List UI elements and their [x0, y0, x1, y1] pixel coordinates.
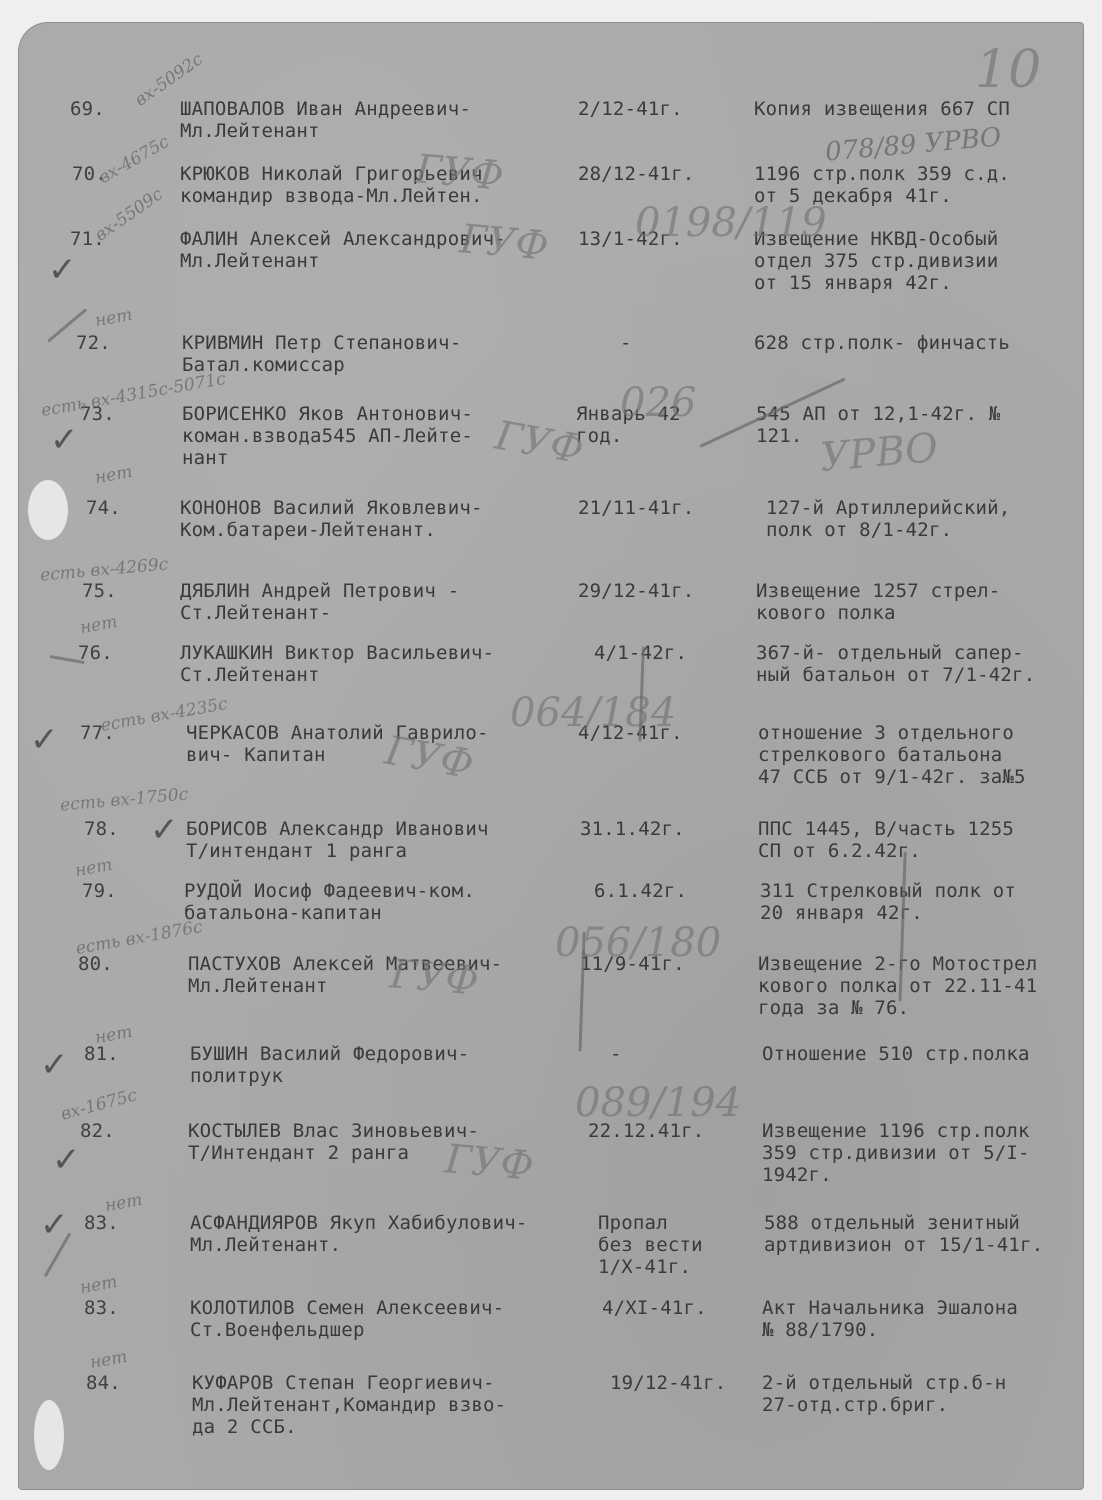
entry-date-line: 4/XI-41г. — [602, 1297, 707, 1319]
entry-name-line: ШАПОВАЛОВ Иван Андреевич- — [180, 98, 471, 120]
handwritten-check-icon: ✓ — [30, 720, 59, 760]
entry-source-line: кового полка — [756, 602, 1000, 624]
entry-source-line: № 88/1790. — [762, 1319, 1018, 1341]
entry-date-line: Пропал — [598, 1212, 703, 1234]
handwritten-annotation: 089/194 — [575, 1080, 741, 1126]
entry-date: 4/XI-41г. — [602, 1297, 707, 1319]
handwritten-annotation: 056/180 — [555, 920, 721, 966]
handwritten-annotation: ГУФ — [413, 146, 505, 200]
entry-name: БУШИН Василий Федорович-политрук — [190, 1043, 469, 1087]
entry-number: 82. — [80, 1120, 115, 1142]
entry-source-line: ППС 1445, В/часть 1255 — [758, 818, 1014, 840]
entry-name-line: БОРИСОВ Александр Иванович — [186, 818, 489, 840]
handwritten-page-number: 10 — [975, 40, 1041, 100]
entry-name: КОНОНОВ Василий Яковлевич-Ком.батареи-Ле… — [180, 497, 483, 541]
entry-name: БОРИСЕНКО Яков Антонович-коман.взвода545… — [182, 403, 473, 469]
entry-date-line: 28/12-41г. — [578, 163, 694, 185]
entry-date: 28/12-41г. — [578, 163, 694, 185]
entry-name: КОЛОТИЛОВ Семен Алексеевич-Ст.Военфельдш… — [190, 1297, 504, 1341]
entry-source-line: артдивизион от 15/1-41г. — [764, 1234, 1043, 1256]
handwritten-check-icon: ✓ — [50, 420, 79, 460]
entry-source-line: 359 стр.дивизии от 5/I- — [762, 1142, 1030, 1164]
entry-name-line: АСФАНДИЯРОВ Якуп Хабибулович- — [190, 1212, 528, 1234]
entry-number: 69. — [70, 98, 105, 120]
entry-source: ППС 1445, В/часть 1255СП от 6.2.42г. — [758, 818, 1014, 862]
entry-name-line: Ст.Лейтенант — [180, 664, 494, 686]
entry-source-line: Извещение 1196 стр.полк — [762, 1120, 1030, 1142]
entry-source-line: 1196 стр.полк 359 с.д. — [754, 163, 1010, 185]
entry-source: 628 стр.полк- финчасть — [754, 332, 1010, 354]
handwritten-annotation: 0198/119 — [635, 200, 827, 246]
handwritten-annotation: 026 — [620, 380, 696, 426]
entry-source-line: 20 января 42г. — [760, 902, 1016, 924]
entry-source-line: 311 Стрелковый полк от — [760, 880, 1016, 902]
entry-source: 2-й отдельный стр.б-н27-отд.стр.бриг. — [762, 1372, 1006, 1416]
entry-date: 31.1.42г. — [580, 818, 685, 840]
entry-date-line: 21/11-41г. — [578, 497, 694, 519]
entry-source: Извещение 1257 стрел-кового полка — [756, 580, 1000, 624]
entry-name-line: БОРИСЕНКО Яков Антонович- — [182, 403, 473, 425]
entry-name-line: БУШИН Василий Федорович- — [190, 1043, 469, 1065]
entry-source: Акт Начальника Эшалона№ 88/1790. — [762, 1297, 1018, 1341]
entry-source: 588 отдельный зенитныйартдивизион от 15/… — [764, 1212, 1043, 1256]
entry-source-line: 1942г. — [762, 1164, 1030, 1186]
entry-source: Извещение 2-го Мотострелкового полка от … — [758, 953, 1037, 1019]
entry-source-line: 588 отдельный зенитный — [764, 1212, 1043, 1234]
entry-name-line: Мл.Лейтенант — [180, 250, 506, 272]
entry-name-line: Мл.Лейтенант. — [190, 1234, 528, 1256]
entry-date: Пропалбез вести1/X-41г. — [598, 1212, 703, 1278]
entry-date-line: без вести — [598, 1234, 703, 1256]
entry-name-line: РУДОЙ Иосиф Фадеевич-ком. — [184, 880, 475, 902]
handwritten-check-icon: ✓ — [40, 1045, 69, 1085]
handwritten-annotation: ГУФ — [458, 216, 550, 270]
handwritten-check-icon: ✓ — [48, 250, 77, 290]
entry-name-line: политрук — [190, 1065, 469, 1087]
entry-name-line: КРИВМИН Петр Степанович- — [182, 332, 461, 354]
entry-name-line: Т/Интендант 2 ранга — [188, 1142, 479, 1164]
entry-name-line: КОСТЫЛЕВ Влас Зиновьевич- — [188, 1120, 479, 1142]
entry-date-line: - — [620, 332, 632, 354]
entry-name: ШАПОВАЛОВ Иван Андреевич-Мл.Лейтенант — [180, 98, 471, 142]
entry-date-line: 6.1.42г. — [594, 880, 687, 902]
entry-date: 29/12-41г. — [578, 580, 694, 602]
entry-source-line: 47 ССБ от 9/1-42г. за№5 — [758, 766, 1026, 788]
entry-number: 83. — [84, 1212, 119, 1234]
entry-number: 74. — [86, 497, 121, 519]
entry-number: 83. — [84, 1297, 119, 1319]
entry-source-line: стрелкового батальона — [758, 744, 1026, 766]
entry-source-line: 127-й Артиллерийский, — [766, 497, 1010, 519]
paper-tear — [34, 1400, 64, 1470]
entry-name-line: Ком.батареи-Лейтенант. — [180, 519, 483, 541]
handwritten-check-icon: ✓ — [150, 810, 179, 850]
entry-source-line: от 15 января 42г. — [754, 272, 998, 294]
entry-source-line: Извещение 2-го Мотострел — [758, 953, 1037, 975]
entry-name-line: ДЯБЛИН Андрей Петрович - — [180, 580, 459, 602]
entry-name-line: КОЛОТИЛОВ Семен Алексеевич- — [190, 1297, 504, 1319]
entry-date: 19/12-41г. — [610, 1372, 726, 1394]
entry-name: ЛУКАШКИН Виктор Васильевич-Ст.Лейтенант — [180, 642, 494, 686]
entry-date: 2/12-41г. — [578, 98, 683, 120]
entry-name-line: батальона-капитан — [184, 902, 475, 924]
handwritten-annotation: ГУФ — [443, 1136, 535, 1190]
entry-source: Извещение 1196 стр.полк359 стр.дивизии о… — [762, 1120, 1030, 1186]
entry-name: ФАЛИН Алексей Александрович-Мл.Лейтенант — [180, 228, 506, 272]
entry-source-line: 367-й- отдельный сапер- — [756, 642, 1035, 664]
entry-source-line: полк от 8/1-42г. — [766, 519, 1010, 541]
entry-source-line: отдел 375 стр.дивизии — [754, 250, 998, 272]
entry-name-line: КУФАРОВ Степан Георгиевич- — [192, 1372, 506, 1394]
entry-date: - — [620, 332, 632, 354]
entry-source-line: Извещение 1257 стрел- — [756, 580, 1000, 602]
entry-source: 311 Стрелковый полк от20 января 42г. — [760, 880, 1016, 924]
handwritten-check-icon: ✓ — [52, 1140, 81, 1180]
entry-name: ДЯБЛИН Андрей Петрович -Ст.Лейтенант- — [180, 580, 459, 624]
entry-number: 71. — [70, 228, 105, 250]
entry-name-line: коман.взвода545 АП-Лейте- — [182, 425, 473, 447]
entry-number: 75. — [82, 580, 117, 602]
entry-name: РУДОЙ Иосиф Фадеевич-ком.батальона-капит… — [184, 880, 475, 924]
entry-name: БОРИСОВ Александр ИвановичТ/интендант 1 … — [186, 818, 489, 862]
handwritten-annotation: 064/184 — [510, 690, 676, 736]
entry-source-line: ный батальон от 7/1-42г. — [756, 664, 1035, 686]
entry-name: КОСТЫЛЕВ Влас Зиновьевич-Т/Интендант 2 р… — [188, 1120, 479, 1164]
entry-date-line: 2/12-41г. — [578, 98, 683, 120]
entry-source: Копия извещения 667 СП — [754, 98, 1010, 120]
entry-source-line: 545 АП от 12,1-42г. № — [756, 403, 1000, 425]
entry-name: КУФАРОВ Степан Георгиевич-Мл.Лейтенант,К… — [192, 1372, 506, 1438]
entry-source-line: 2-й отдельный стр.б-н — [762, 1372, 1006, 1394]
entry-source: Отношение 510 стр.полка — [762, 1043, 1030, 1065]
entry-source: 127-й Артиллерийский,полк от 8/1-42г. — [766, 497, 1010, 541]
entry-number: 78. — [84, 818, 119, 840]
entry-name-line: КОНОНОВ Василий Яковлевич- — [180, 497, 483, 519]
handwritten-annotation: ГУФ — [388, 951, 480, 1005]
entry-name-line: нант — [182, 447, 473, 469]
entry-name-line: Ст.Лейтенант- — [180, 602, 459, 624]
entry-name-line: Ст.Военфельдшер — [190, 1319, 504, 1341]
entry-source-line: кового полка от 22.11-41 — [758, 975, 1037, 997]
entry-name-line: ФАЛИН Алексей Александрович- — [180, 228, 506, 250]
entry-source-line: 27-отд.стр.бриг. — [762, 1394, 1006, 1416]
entry-date: 6.1.42г. — [594, 880, 687, 902]
entry-name-line: да 2 ССБ. — [192, 1416, 506, 1438]
entry-date-line: 1/X-41г. — [598, 1256, 703, 1278]
entry-date-line: год. — [576, 425, 681, 447]
entry-date: - — [610, 1043, 622, 1065]
entry-date-line: 31.1.42г. — [580, 818, 685, 840]
entry-source: 367-й- отдельный сапер-ный батальон от 7… — [756, 642, 1035, 686]
entry-number: 72. — [76, 332, 111, 354]
entry-name: АСФАНДИЯРОВ Якуп Хабибулович-Мл.Лейтенан… — [190, 1212, 528, 1256]
entry-source-line: Акт Начальника Эшалона — [762, 1297, 1018, 1319]
entry-name-line: Мл.Лейтенант,Командир взво- — [192, 1394, 506, 1416]
entry-source-line: СП от 6.2.42г. — [758, 840, 1014, 862]
entry-name-line: Т/интендант 1 ранга — [186, 840, 489, 862]
entry-source-line: 628 стр.полк- финчасть — [754, 332, 1010, 354]
paper-tear — [28, 480, 68, 540]
entry-date: 21/11-41г. — [578, 497, 694, 519]
entry-source-line: Копия извещения 667 СП — [754, 98, 1010, 120]
entry-date-line: 29/12-41г. — [578, 580, 694, 602]
entry-date-line: - — [610, 1043, 622, 1065]
entry-date-line: 19/12-41г. — [610, 1372, 726, 1394]
entry-number: 79. — [82, 880, 117, 902]
entry-number: 84. — [86, 1372, 121, 1394]
entry-name-line: ЛУКАШКИН Виктор Васильевич- — [180, 642, 494, 664]
entry-source: отношение 3 отдельногострелкового баталь… — [758, 722, 1026, 788]
entry-name-line: Мл.Лейтенант — [180, 120, 471, 142]
entry-source-line: отношение 3 отдельного — [758, 722, 1026, 744]
entry-source-line: Отношение 510 стр.полка — [762, 1043, 1030, 1065]
